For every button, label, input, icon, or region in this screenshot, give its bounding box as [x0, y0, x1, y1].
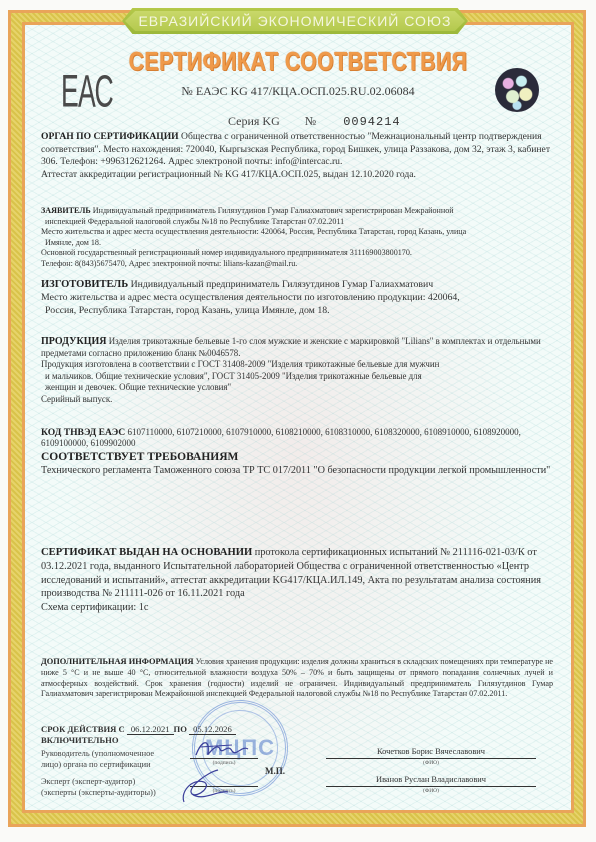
product-label: ПРОДУКЦИЯ — [41, 336, 106, 347]
validity-from-label: СРОК ДЕЙСТВИЯ С — [41, 724, 125, 734]
expert-name: Иванов Руслан Владиславович — [326, 775, 536, 784]
certification-body-section: ОРГАН ПО СЕРТИФИКАЦИИ Общества с огранич… — [41, 131, 553, 181]
series-label: Серия KG — [228, 114, 280, 128]
requirements-section: СООТВЕТСТВУЕТ ТРЕБОВАНИЯМ Технического р… — [41, 450, 553, 478]
requirements-text: Технического регламента Таможенного союз… — [41, 464, 553, 478]
certificate-number: № ЕАЭС KG 417/КЦА.ОСП.025.RU.02.06084 — [0, 84, 596, 99]
product-standards-1: Продукция изготовлена в соответствии с Г… — [41, 359, 553, 371]
union-banner: ЕВРАЗИЙСКИЙ ЭКОНОМИЧЕСКИЙ СОЮЗ — [122, 8, 468, 34]
requirements-label: СООТВЕТСТВУЕТ ТРЕБОВАНИЯМ — [41, 450, 553, 464]
head-name-caption: (ФИО) — [326, 760, 536, 766]
manufacturer-section: ИЗГОТОВИТЕЛЬ Индивидуальный предпринимат… — [41, 278, 553, 317]
additional-info-label: ДОПОЛНИТЕЛЬНАЯ ИНФОРМАЦИЯ — [41, 657, 194, 666]
product-standards-3: женщин и девочек. Общие технические усло… — [41, 382, 553, 394]
series-line: Серия KG № 0094214 — [228, 114, 401, 129]
additional-info-section: ДОПОЛНИТЕЛЬНАЯ ИНФОРМАЦИЯ Условия хранен… — [41, 657, 553, 700]
union-banner-text: ЕВРАЗИЙСКИЙ ЭКОНОМИЧЕСКИЙ СОЮЗ — [138, 13, 451, 29]
manufacturer-name: Индивидуальный предприниматель Гилязутди… — [131, 279, 434, 290]
applicant-address2: Имянле, дом 18. — [41, 238, 553, 249]
product-release: Серийный выпуск. — [41, 394, 553, 406]
applicant-ogrnip: Основной государственный регистрационный… — [41, 248, 553, 259]
applicant-label: ЗАЯВИТЕЛЬ — [41, 206, 91, 215]
applicant-contacts: Телефон: 8(843)5675470, Адрес электронно… — [41, 259, 553, 270]
applicant-address: Место жительства и адрес места осуществл… — [41, 227, 553, 238]
head-name-line — [326, 758, 536, 759]
expert-name-line — [326, 786, 536, 787]
manufacturer-address2: Россия, Республика Татарстан, город Каза… — [41, 304, 553, 317]
applicant-section: ЗАЯВИТЕЛЬ Индивидуальный предприниматель… — [41, 206, 553, 270]
certification-body-label: ОРГАН ПО СЕРТИФИКАЦИИ — [41, 131, 179, 142]
validity-section: СРОК ДЕЙСТВИЯ С 06.12.2021ПО 05.12.2026 … — [41, 724, 553, 746]
head-handwritten-signature-icon — [192, 735, 252, 763]
product-text: Изделия трикотажные бельевые 1-го слоя м… — [41, 336, 541, 358]
number-label: № — [305, 114, 316, 128]
hs-code-section: КОД ТНВЭД ЕАЭС 6107110000, 6107210000, 6… — [41, 427, 553, 449]
validity-inclusive: ВКЛЮЧИТЕЛЬНО — [41, 735, 553, 746]
hs-code-label: КОД ТНВЭД ЕАЭС — [41, 427, 125, 438]
validity-date-from: 06.12.2021 — [127, 724, 174, 735]
product-standards-2: и мальчиков. Общие технические условия",… — [41, 371, 553, 383]
validity-to-label: ПО — [174, 724, 187, 734]
expert-handwritten-signature-icon — [178, 768, 238, 806]
head-name: Кочетков Борис Вячеславович — [326, 747, 536, 756]
applicant-line1: Индивидуальный предприниматель Гилязутди… — [93, 206, 454, 215]
validity-date-to: 05.12.2026 — [189, 724, 236, 735]
product-section: ПРОДУКЦИЯ Изделия трикотажные бельевые 1… — [41, 336, 553, 406]
seal-label: М.П. — [265, 766, 285, 776]
certificate-title: СЕРТИФИКАТ СООТВЕТСТВИЯ — [54, 46, 543, 77]
certificate-page: ЕВРАЗИЙСКИЙ ЭКОНОМИЧЕСКИЙ СОЮЗ СЕРТИФИКА… — [0, 0, 596, 842]
expert-name-caption: (ФИО) — [326, 788, 536, 794]
accreditation-text: Аттестат аккредитации регистрационный № … — [41, 169, 553, 182]
basis-section: СЕРТИФИКАТ ВЫДАН НА ОСНОВАНИИ протокола … — [41, 546, 553, 615]
manufacturer-address: Место жительства и адрес места осуществл… — [41, 291, 553, 304]
series-number: 0094214 — [343, 115, 400, 129]
manufacturer-label: ИЗГОТОВИТЕЛЬ — [41, 279, 128, 290]
certification-scheme: Схема сертификации: 1с — [41, 601, 553, 615]
applicant-line2: инспекцией Федеральной налоговой службы … — [41, 217, 553, 228]
basis-label: СЕРТИФИКАТ ВЫДАН НА ОСНОВАНИИ — [41, 547, 252, 558]
